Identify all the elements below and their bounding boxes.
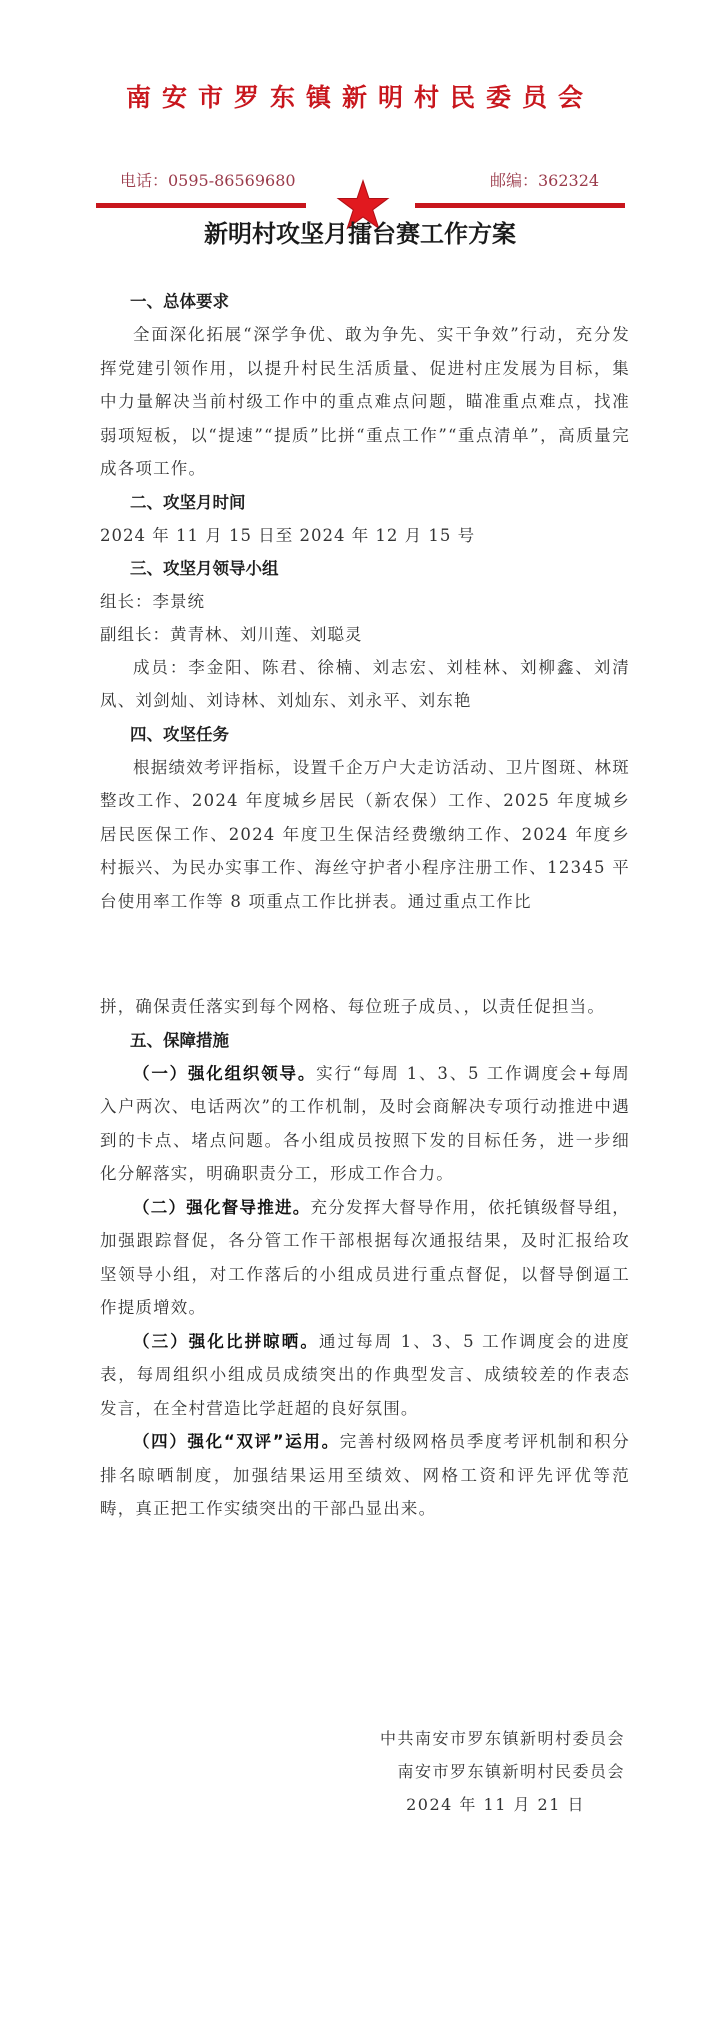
section-safeguards: 五、保障措施 （一）强化组织领导。实行“每周 1、3、5 工作调度会+每周入户两… [100, 1024, 630, 1526]
signature-block: 中共南安市罗东镇新明村委员会 南安市罗东镇新明村民委员会 2024 年 11 月… [380, 1722, 625, 1821]
section-campaign-tasks: 四、攻坚任务 根据绩效考评指标，设置千企万户大走访活动、卫片图斑、林斑整改工作、… [100, 718, 630, 1024]
measure-item: （四）强化“双评”运用。完善村级网格员季度考评机制和积分排名晾晒制度，加强结果运… [100, 1425, 630, 1526]
section-heading: 四、攻坚任务 [100, 718, 630, 751]
section-paragraph: 根据绩效考评指标，设置千企万户大走访活动、卫片图斑、林斑整改工作、2024 年度… [100, 751, 630, 919]
deputy-leaders: 副组长：黄青林、刘川莲、刘聪灵 [100, 618, 630, 651]
measure-item: （二）强化督导推进。充分发挥大督导作用，依托镇级督导组，加强跟踪督促，各分管工作… [100, 1191, 630, 1325]
document-body: 一、总体要求 全面深化拓展“深学争优、敢为争先、实干争效”行动，充分发挥党建引领… [100, 285, 630, 1526]
letterhead-divider-right [415, 203, 625, 208]
group-leader: 组长：李景统 [100, 585, 630, 618]
section-general-requirements: 一、总体要求 全面深化拓展“深学争优、敢为争先、实干争效”行动，充分发挥党建引领… [100, 285, 630, 486]
signature-villagers-committee: 南安市罗东镇新明村民委员会 [380, 1755, 625, 1788]
section-campaign-period: 二、攻坚月时间 2024 年 11 月 15 日至 2024 年 12 月 15… [100, 486, 630, 552]
letterhead-divider-left [96, 203, 306, 208]
section-heading: 二、攻坚月时间 [100, 486, 630, 519]
page-gap [100, 918, 630, 990]
measure-label: （一）强化组织领导。 [133, 1064, 316, 1083]
signature-date: 2024 年 11 月 21 日 [380, 1788, 625, 1821]
section-heading: 三、攻坚月领导小组 [100, 552, 630, 585]
section-leadership-group: 三、攻坚月领导小组 组长：李景统 副组长：黄青林、刘川莲、刘聪灵 成员：李金阳、… [100, 552, 630, 718]
section-heading: 五、保障措施 [100, 1024, 630, 1057]
section-heading: 一、总体要求 [100, 285, 630, 318]
group-members: 成员：李金阳、陈君、徐楠、刘志宏、刘桂林、刘柳鑫、刘清凤、刘剑灿、刘诗林、刘灿东… [100, 651, 630, 718]
section-paragraph: 全面深化拓展“深学争优、敢为争先、实干争效”行动，充分发挥党建引领作用，以提升村… [100, 318, 630, 486]
campaign-dates: 2024 年 11 月 15 日至 2024 年 12 月 15 号 [100, 519, 630, 552]
phone-number: 电话：0595-86569680 [120, 168, 296, 191]
measure-item: （一）强化组织领导。实行“每周 1、3、5 工作调度会+每周入户两次、电话两次”… [100, 1057, 630, 1191]
signature-party-committee: 中共南安市罗东镇新明村委员会 [380, 1722, 625, 1755]
measure-item: （三）强化比拼晾晒。通过每周 1、3、5 工作调度会的进度表，每周组织小组成员成… [100, 1325, 630, 1426]
measure-label: （三）强化比拼晾晒。 [133, 1332, 319, 1351]
measure-label: （四）强化“双评”运用。 [133, 1432, 340, 1451]
document-title: 新明村攻坚月擂台赛工作方案 [0, 214, 720, 249]
postal-code: 邮编：362324 [490, 168, 599, 191]
organization-name: 南安市罗东镇新明村民委员会 [0, 78, 720, 114]
section-paragraph-continued: 拼，确保责任落实到每个网格、每位班子成员、，以责任促担当。 [100, 990, 630, 1024]
measure-label: （二）强化督导推进。 [133, 1198, 311, 1217]
